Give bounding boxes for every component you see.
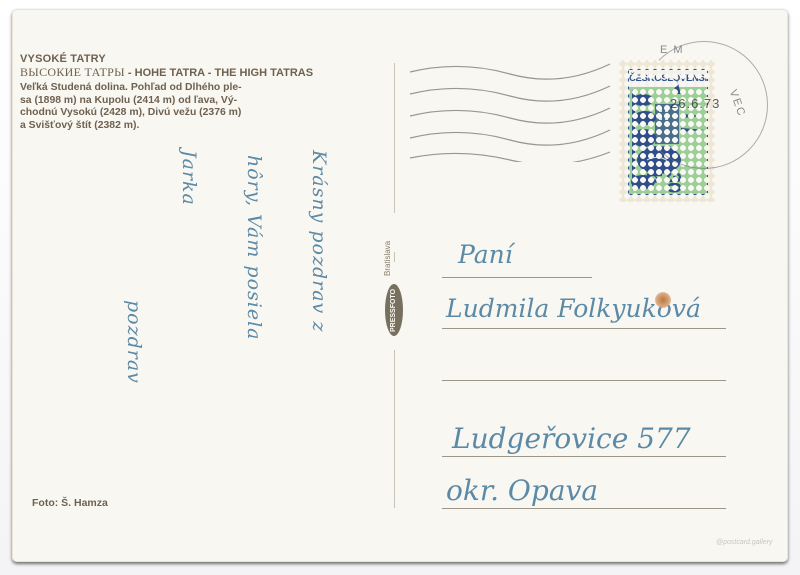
pressfoto-logo-icon: PRESSFOTO	[385, 284, 403, 336]
caption-translations: - HOHE TATRA - THE HIGH TATRAS	[125, 67, 313, 79]
message-column: Krásny pozdrav z	[308, 150, 330, 332]
caption-multilingual: ВЫСОКИЕ ТАТРЫ - HOHE TATRA - THE HIGH TA…	[20, 66, 380, 80]
divider-line	[394, 252, 395, 262]
caption-description: Veľká Studená dolina. Pohľad od Dlhého p…	[20, 82, 320, 132]
postmark-top-text: EM	[660, 44, 689, 56]
caption-line: Veľká Studená dolina. Pohľad od Dlhého p…	[20, 82, 320, 95]
address-rule	[442, 277, 592, 278]
address-rule	[442, 328, 726, 329]
caption-line: chodnú Vysokú (2428 m), Divú vežu (2376 …	[20, 107, 320, 120]
address-rule	[442, 508, 726, 509]
message-column: hôry, Vám posiela	[243, 155, 265, 341]
publisher-logo-text: PRESSFOTO	[391, 288, 398, 331]
caption-block: VYSOKÉ TATRY ВЫСОКИЕ ТАТРЫ - HOHE TATRA …	[20, 53, 380, 132]
caption-line: a Svišťový štít (2382 m).	[20, 120, 320, 133]
divider-line	[394, 350, 395, 508]
postmark-date: 26.6.73	[670, 96, 720, 111]
stamp-value: 30 h	[643, 172, 683, 195]
address-rule	[442, 380, 726, 381]
address-line-salutation: Paní	[458, 240, 513, 269]
address-rule	[442, 456, 726, 457]
message-column: Jarka	[178, 150, 200, 206]
caption-line: sa (1898 m) na Kupolu (2414 m) od ľava, …	[20, 95, 320, 108]
photo-credit: Foto: Š. Hamza	[32, 497, 108, 509]
publisher-city: Bratislava	[383, 216, 393, 276]
stain	[655, 292, 671, 308]
message-column: pozdrav	[123, 300, 145, 384]
divider-line	[394, 63, 395, 213]
watermark: @postcard.gallery	[716, 539, 773, 546]
address-line-district: okr. Opava	[446, 474, 598, 507]
address-line-street: Ludgeřovice 577	[452, 422, 691, 455]
caption-cyrillic: ВЫСОКИЕ ТАТРЫ	[20, 65, 125, 79]
cancellation-waves-icon	[405, 52, 617, 162]
